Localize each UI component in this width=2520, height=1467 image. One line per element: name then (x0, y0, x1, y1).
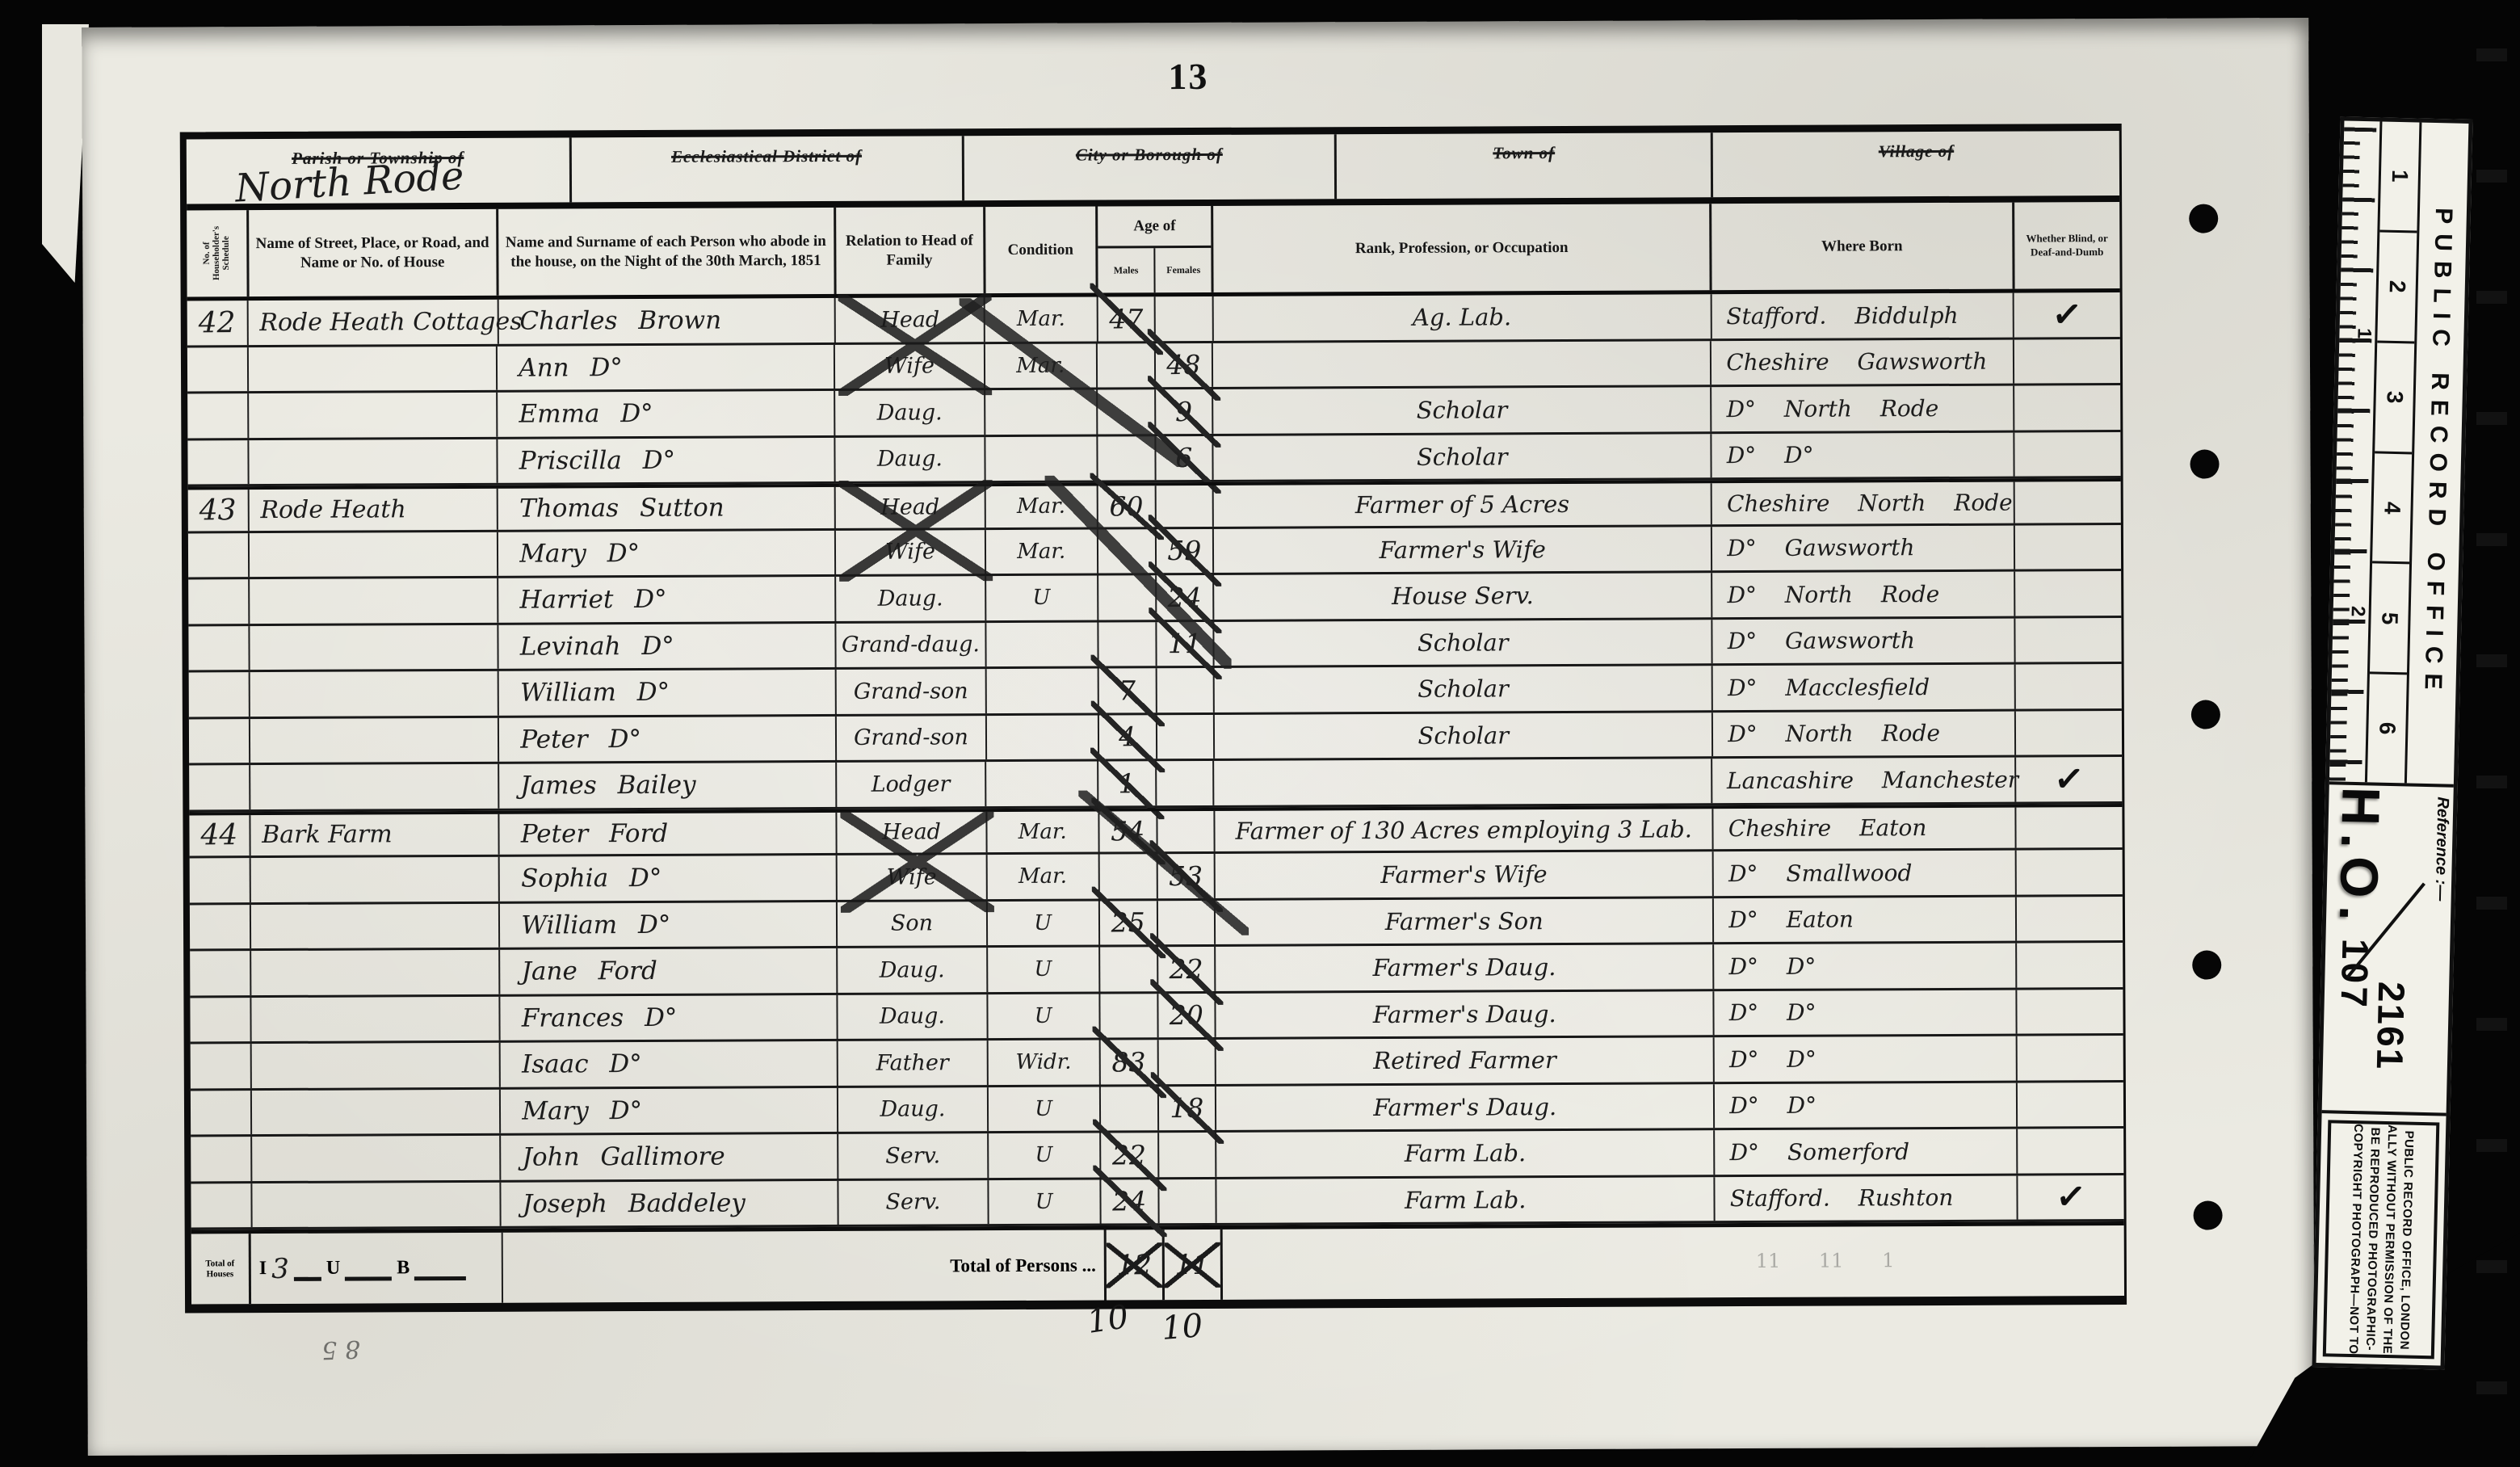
cell-occupation (1212, 341, 1710, 387)
handwritten-entry: Thomas Sutton (519, 494, 724, 523)
handwritten-entry: Scholar (1417, 628, 1509, 656)
handwritten-entry: 9 (1175, 396, 1192, 427)
handwritten-entry: Serv. (885, 1190, 940, 1215)
cell-born: D° D° (1713, 990, 2016, 1035)
handwritten-entry: 18 (1170, 1092, 1203, 1124)
cell-born: D° Gawsworth (1711, 618, 2014, 663)
handwritten-entry: U (1034, 911, 1052, 935)
cell-address (247, 346, 497, 391)
cell-infirm (2015, 943, 2123, 987)
cell-occupation: House Serv. (1212, 573, 1711, 619)
cell-age_f (1154, 485, 1212, 527)
handwritten-entry: 7 (1119, 675, 1136, 706)
cell-age_m: 4 (1098, 715, 1156, 759)
census-row: James BaileyLodger1Lancashire Manchester… (189, 757, 2122, 812)
cell-age_f: 6 (1154, 435, 1212, 480)
handwritten-entry: D° Eaton (1728, 906, 1854, 934)
cell-age_f (1155, 668, 1213, 712)
handwritten-entry: Daug. (878, 586, 943, 611)
film-edge-mark (2476, 1260, 2507, 1273)
faint-tally-marks: 11 11 1 (1756, 1249, 1895, 1272)
cell-age_f: 53 (1156, 854, 1214, 898)
handwritten-entry: D° D° (1729, 999, 1816, 1026)
cell-age_m: 83 (1099, 1040, 1157, 1084)
cell-condition: U (986, 1087, 1099, 1131)
handwritten-entry: U (1032, 586, 1050, 610)
handwritten-entry: Lodger (871, 771, 951, 797)
cell-address (249, 764, 498, 809)
cell-age_m: 22 (1099, 1133, 1157, 1177)
cell-address (247, 439, 497, 484)
cell-infirm (2013, 385, 2121, 430)
cell-condition (984, 390, 1097, 435)
handwritten-entry: Peter D° (520, 725, 641, 755)
cell-address (250, 996, 499, 1041)
handwritten-entry: William D° (521, 910, 670, 940)
cell-sched (188, 579, 248, 624)
census-row: William D°SonU25Farmer's SonD° Eaton (190, 897, 2123, 952)
handwritten-entry: D° North Rode (1727, 581, 1939, 608)
handwritten-entry: Farmer's Wife (1380, 860, 1548, 889)
film-edge-mark (2476, 170, 2507, 183)
cell-name: Joseph Baddeley (500, 1180, 838, 1225)
cell-condition: Mar. (984, 486, 1097, 528)
handwritten-entry: Cheshire Gawsworth (1726, 348, 1987, 376)
cell-occupation: Scholar (1213, 666, 1711, 712)
cell-condition (985, 669, 1098, 713)
handwritten-entry: Isaac D° (522, 1049, 642, 1079)
cell-born: D° North Rode (1710, 386, 2013, 431)
census-row: Peter D°Grand-son4ScholarD° North Rode (189, 711, 2122, 766)
cell-sched (191, 1044, 250, 1088)
cell-age_f: 18 (1157, 1086, 1215, 1130)
cell-occupation (1212, 759, 1711, 805)
handwritten-entry: 60 (1109, 490, 1143, 522)
handwritten-entry: Farmer's Daug. (1373, 1093, 1556, 1121)
ruler-number-box: 6 (2367, 675, 2407, 784)
ruler-inch-1: 1 (2352, 328, 2375, 339)
cell-infirm (2014, 664, 2122, 708)
cell-born: D° North Rode (1711, 572, 2014, 617)
cell-age_f (1155, 714, 1213, 759)
cell-condition: U (987, 1179, 1100, 1224)
cell-sched (191, 1137, 250, 1181)
cell-age_f: 24 (1155, 575, 1213, 620)
form-header-label: Town of (1493, 143, 1555, 163)
cell-name: William D° (498, 902, 836, 947)
census-row: John GallimoreServ.U22Farm Lab.D° Somerf… (191, 1129, 2123, 1183)
handwritten-entry: 44 (200, 818, 237, 851)
hole-punch-icon (2192, 950, 2221, 979)
cell-condition: Mar. (984, 297, 1096, 342)
col-header-age-females: Females (1154, 248, 1212, 292)
handwritten-entry: Mar. (1017, 494, 1065, 519)
ruler-number-box: 5 (2370, 564, 2409, 675)
census-row: Mary D°WifeMar.59Farmer's WifeD° Gawswor… (188, 525, 2121, 580)
handwritten-entry: Levinah D° (520, 632, 674, 662)
cell-infirm (2014, 807, 2123, 848)
handwritten-entry: James Bailey (520, 771, 696, 801)
copyright-notice: COPYRIGHT PHOTOGRAPH—NOT TOBE REPRODUCED… (2323, 1120, 2440, 1360)
census-row: Levinah D°Grand-daug.11ScholarD° Gawswor… (188, 618, 2121, 673)
cell-born: Stafford. Biddulph (1710, 293, 2012, 338)
cell-age_m: 24 (1099, 1179, 1157, 1224)
cell-name: Priscilla D° (497, 437, 834, 482)
handwritten-entry: Head (882, 820, 941, 845)
film-edge-mark (2476, 654, 2507, 667)
film-edge-mark (2476, 412, 2507, 425)
cell-address (250, 1136, 500, 1181)
handwritten-entry: Retired Farmer (1373, 1046, 1556, 1074)
handwritten-entry: 53 (1169, 860, 1203, 892)
cell-sched (190, 858, 250, 902)
cell-age_f (1155, 761, 1213, 805)
cell-infirm (2013, 481, 2121, 523)
cell-age_m: 47 (1096, 296, 1154, 341)
handwritten-entry: Mar. (1017, 539, 1065, 563)
ruler-inch-2: 2 (2346, 606, 2369, 617)
census-row: Joseph BaddeleyServ.U24Farm Lab.Stafford… (191, 1175, 2123, 1230)
cell-relation: Daug. (837, 948, 986, 992)
handwritten-entry: Daug. (877, 400, 943, 425)
cell-address (250, 1043, 499, 1088)
cell-sched (187, 393, 247, 438)
cell-age_m: 1 (1097, 761, 1155, 805)
cell-occupation: Farm Lab. (1215, 1130, 1713, 1176)
cell-born: D° Macclesfield (1711, 665, 2014, 710)
cell-relation: Head (836, 812, 985, 853)
column-header-row: No. of Householder's Schedule Name of St… (187, 202, 2119, 301)
cell-name: Peter D° (498, 716, 835, 761)
cell-infirm (2012, 339, 2120, 384)
handwritten-entry: 43 (199, 494, 237, 527)
cell-sched (190, 905, 250, 949)
cell-relation: Wife (834, 530, 984, 574)
ruler-number-box: 2 (2377, 232, 2417, 343)
cell-address (250, 1182, 500, 1227)
cell-name: James Bailey (498, 763, 835, 808)
census-row: Priscilla D°Daug.6ScholarD° D° (187, 432, 2120, 487)
public-record-office-card: 1 2 123456 PUBLIC RECORD OFFICE H.O. Ref… (2312, 116, 2472, 1369)
bottom-left-mark: 8 5 (321, 1335, 361, 1364)
film-edge-mark (2476, 48, 2507, 61)
cell-age_f: 59 (1154, 528, 1212, 573)
cell-sched (191, 1091, 250, 1135)
cell-occupation: Farmer's Daug. (1215, 991, 1713, 1037)
cell-occupation: Ag. Lab. (1212, 294, 1711, 340)
handwritten-entry: Mar. (1016, 353, 1065, 377)
handwritten-entry: Harriet D° (519, 585, 666, 615)
cell-infirm (2015, 990, 2123, 1034)
handwritten-entry: Emma D° (519, 399, 653, 429)
cell-sched (191, 1183, 250, 1228)
cell-occupation: Farmer of 5 Acres (1212, 483, 1711, 526)
cell-age_m (1099, 1087, 1157, 1131)
cell-infirm (2013, 525, 2121, 570)
cell-age_f: 20 (1157, 993, 1215, 1037)
cell-age_m (1098, 947, 1157, 991)
corrected-female-total: 10 (1161, 1307, 1204, 1347)
copyright-line: BE REPRODUCED PHOTOGRAPHIC- (2363, 1127, 2382, 1351)
census-row: Sophia D°WifeMar.53Farmer's WifeD° Small… (190, 850, 2123, 905)
handwritten-entry: Grand-son (854, 725, 968, 750)
cell-relation: Lodger (835, 762, 985, 806)
cell-address (248, 624, 498, 670)
film-edge-mark (2476, 533, 2507, 546)
handwritten-entry: D° Somerford (1729, 1138, 1909, 1166)
cell-name: Ann D° (496, 344, 834, 389)
cell-occupation: Farmer of 130 Acres employing 3 Lab. (1214, 809, 1712, 851)
form-header-cell: City or Borough of (961, 134, 1334, 200)
cell-sched (187, 347, 247, 392)
cell-address (249, 717, 498, 763)
totals-empty-cells: 11 11 1 (1220, 1225, 2124, 1300)
cell-relation: Son (836, 902, 985, 946)
handwritten-entry: U (1035, 1190, 1053, 1214)
cell-occupation: Farmer's Son (1214, 898, 1712, 944)
cell-age_m: 54 (1098, 811, 1156, 852)
cell-name: Emma D° (496, 391, 834, 436)
handwritten-entry: Farmer's Daug. (1372, 953, 1556, 982)
cell-relation: Daug. (837, 994, 986, 1039)
cell-condition: Mar. (984, 529, 1097, 574)
handwritten-entry: Cheshire Eaton (1728, 814, 1927, 842)
cell-sched: 44 (189, 815, 249, 856)
cell-born: D° Smallwood (1712, 851, 2015, 896)
cell-infirm (2015, 1082, 2123, 1127)
handwritten-entry: Jane Ford (521, 956, 657, 986)
cell-occupation: Farmer's Daug. (1215, 1084, 1713, 1130)
cell-condition: U (985, 901, 1098, 945)
copyright-line: COPYRIGHT PHOTOGRAPH—NOT TO (2346, 1124, 2365, 1355)
handwritten-entry: Stafford. Biddulph (1726, 302, 1958, 330)
cell-name: Mary D° (499, 1087, 837, 1133)
col-header-infirm: Whether Blind, or Deaf-and-Dumb (2012, 202, 2120, 289)
reference-label: Reference :— (2431, 797, 2452, 901)
cell-relation: Grand-son (835, 716, 985, 760)
ruler-number-box: 1 (2379, 122, 2419, 233)
cell-born: D° Gawsworth (1711, 525, 2014, 570)
film-edge-mark (2476, 1381, 2507, 1394)
cell-sched (189, 765, 249, 809)
handwritten-entry: Head (880, 307, 939, 332)
handwritten-entry: 20 (1170, 999, 1203, 1031)
col-header-age-males: Males (1098, 248, 1153, 292)
handwritten-entry: 11 (1168, 628, 1202, 659)
handwritten-entry: Daug. (877, 447, 943, 472)
cell-age_m: 25 (1098, 901, 1157, 945)
reference-section: H.O. Reference :— 107 2161 (2322, 784, 2454, 1116)
handwritten-entry: Joseph Baddeley (523, 1188, 745, 1218)
handwritten-entry: U (1035, 1143, 1052, 1167)
handwritten-entry: Mar. (1018, 819, 1067, 843)
handwritten-entry: Farmer of 5 Acres (1355, 490, 1569, 519)
handwritten-entry: U (1034, 957, 1052, 982)
handwritten-entry: Rode Heath Cottages (259, 307, 522, 336)
form-header-cell: Parish or Township ofNorth Rode (187, 137, 569, 204)
cell-born: D° Eaton (1712, 897, 2015, 942)
cell-sched (190, 998, 250, 1042)
cell-born: Stafford. Rushton (1714, 1175, 2017, 1221)
copyright-line: ALLY WITHOUT PERMISSION OF THE (2380, 1124, 2399, 1355)
handwritten-entry: Scholar (1417, 443, 1508, 470)
cell-age_f: 48 (1153, 343, 1212, 387)
handwritten-entry: Head (880, 494, 939, 519)
handwritten-entry: D° D° (1729, 1092, 1816, 1119)
hole-punch-icon (2190, 449, 2219, 478)
handwritten-entry: Daug. (880, 957, 945, 982)
handwritten-entry: Lancashire Manchester (1727, 766, 2018, 794)
cell-infirm (2014, 897, 2123, 941)
cell-address: Rode Heath Cottages (246, 300, 497, 345)
cell-infirm: ✓ (2012, 292, 2120, 337)
handwritten-entry: Farmer's Daug. (1373, 1000, 1556, 1028)
cell-condition: Mar. (985, 855, 1098, 899)
handwritten-entry: 24 (1168, 582, 1202, 613)
handwritten-entry: D° D° (1727, 442, 1814, 469)
cell-sched (188, 533, 248, 578)
cell-age_f (1157, 1179, 1216, 1223)
form-header-value: North Rode (234, 153, 465, 212)
handwritten-entry: D° Smallwood (1728, 860, 1912, 887)
cell-occupation: Scholar (1213, 620, 1711, 666)
cell-condition (984, 436, 1097, 481)
cell-name: Levinah D° (498, 623, 835, 668)
handwritten-entry: Mar. (1018, 864, 1067, 889)
film-edge-mark (2476, 1018, 2507, 1031)
cell-address (249, 857, 498, 902)
cell-age_f (1156, 900, 1214, 944)
handwritten-entry: D° Gawsworth (1728, 627, 1915, 654)
handwritten-entry: Son (891, 911, 933, 936)
cell-relation: Father (837, 1040, 986, 1085)
houses-inhabited-value: 3 (271, 1252, 289, 1284)
cell-born: D° D° (1713, 1036, 2016, 1082)
totals-houses-values: I 3 U B (251, 1233, 502, 1304)
cell-name: Jane Ford (498, 948, 836, 994)
form-header-label: Village of (1879, 141, 1955, 162)
handwritten-entry: 22 (1170, 953, 1203, 985)
cell-condition: U (986, 948, 1099, 992)
cell-sched: 42 (187, 301, 247, 345)
handwritten-entry: Father (876, 1050, 949, 1075)
cell-address (248, 671, 498, 717)
cell-born: D° D° (1712, 944, 2015, 989)
handwritten-entry: 22 (1112, 1139, 1146, 1171)
handwritten-entry: Grand-daug. (842, 632, 980, 658)
census-row: Isaac D°FatherWidr.83Retired FarmerD° D° (191, 1036, 2123, 1091)
col-header-born: Where Born (1710, 203, 2013, 291)
cell-born: D° D° (1713, 1082, 2016, 1128)
cell-condition (985, 715, 1098, 759)
cell-name: Thomas Sutton (497, 487, 834, 529)
col-header-age: Age of Males Females (1095, 206, 1212, 293)
cell-name: Frances D° (499, 994, 837, 1040)
cell-name: William D° (498, 670, 835, 715)
handwritten-entry: U (1035, 1004, 1052, 1028)
cell-name: John Gallimore (499, 1134, 837, 1179)
handwritten-entry: 6 (1175, 442, 1192, 473)
handwritten-entry: Stafford. Rushton (1730, 1184, 1954, 1212)
cell-age_m (1097, 575, 1155, 620)
census-row: Harriet D°Daug.U24House Serv.D° North Ro… (188, 571, 2121, 626)
cell-relation: Serv. (838, 1133, 987, 1178)
film-edge-mark (2476, 897, 2507, 910)
hole-punch-icon (2189, 204, 2218, 233)
cell-infirm: ✓ (2016, 1175, 2124, 1220)
cell-occupation: Farmer's Wife (1214, 851, 1712, 897)
reference-series: H.O. (2328, 786, 2392, 929)
handwritten-entry: Mar. (1017, 307, 1065, 331)
cell-name: Charles Brown (497, 298, 834, 343)
cell-born: Cheshire Gawsworth (1710, 339, 2013, 385)
cell-condition: Mar. (983, 343, 1096, 388)
cell-age_f (1154, 296, 1212, 341)
census-row: 42Rode Heath CottagesCharles BrownHeadMa… (187, 292, 2120, 347)
copyright-section: COPYRIGHT PHOTOGRAPH—NOT TOBE REPRODUCED… (2316, 1113, 2446, 1366)
handwritten-entry: Wife (885, 540, 935, 565)
check-mark: ✓ (2052, 757, 2086, 801)
cell-condition: U (987, 1133, 1100, 1178)
form-header-label: Ecclesiastical District of (671, 146, 862, 167)
handwritten-entry: 83 (1111, 1046, 1145, 1078)
cell-age_f (1156, 810, 1214, 851)
reference-item: 2161 (2368, 982, 2413, 1072)
cell-relation: Wife (834, 344, 983, 389)
handwritten-entry: 1 (1118, 767, 1135, 799)
cell-age_m (1097, 622, 1155, 666)
cell-address (250, 950, 499, 995)
handwritten-entry: Farmer's Son (1385, 907, 1543, 935)
handwritten-entry: Widr. (1015, 1050, 1071, 1074)
handwritten-entry: Mary D° (522, 1096, 642, 1126)
cell-born: D° Somerford (1713, 1129, 2016, 1175)
cell-condition: U (986, 994, 1099, 1038)
ruler-number-box: 3 (2375, 343, 2414, 454)
cell-relation: Head (834, 297, 984, 342)
cell-occupation: Farm Lab. (1216, 1177, 1714, 1223)
census-rows: 42Rode Heath CottagesCharles BrownHeadMa… (187, 292, 2124, 1230)
cell-age_f (1157, 1133, 1216, 1177)
handwritten-entry: Farmer's Wife (1379, 536, 1546, 564)
cell-relation: Daug. (834, 437, 984, 481)
cell-relation: Wife (836, 855, 985, 899)
handwritten-entry: Peter Ford (521, 819, 669, 849)
handwritten-entry: Ag. Lab. (1413, 304, 1511, 332)
handwritten-entry: 48 (1166, 349, 1200, 380)
check-mark: ✓ (2054, 1175, 2088, 1219)
cell-name: Sophia D° (498, 855, 836, 901)
cell-age_m: 60 (1097, 485, 1155, 527)
film-edge-mark (2476, 291, 2507, 304)
handwritten-entry: 47 (1109, 303, 1143, 334)
handwritten-entry: U (1035, 1097, 1052, 1121)
handwritten-entry: Priscilla D° (519, 446, 675, 476)
cell-relation: Daug. (837, 1087, 986, 1132)
cell-occupation: Farmer's Daug. (1214, 944, 1712, 990)
cell-address (248, 532, 498, 577)
handwritten-entry: Scholar (1417, 397, 1508, 424)
ruler-number-box: 4 (2372, 453, 2412, 565)
cell-condition: Mar. (985, 811, 1098, 852)
handwritten-entry: Cheshire North Rode (1727, 489, 2013, 517)
cell-address (247, 393, 497, 438)
col-header-address: Name of Street, Place, or Road, and Name… (246, 209, 496, 296)
pen-strokes (82, 18, 2308, 27)
cell-condition (985, 762, 1097, 806)
handwritten-entry: 59 (1167, 535, 1201, 566)
col-header-name: Name and Surname of each Person who abod… (496, 208, 834, 296)
